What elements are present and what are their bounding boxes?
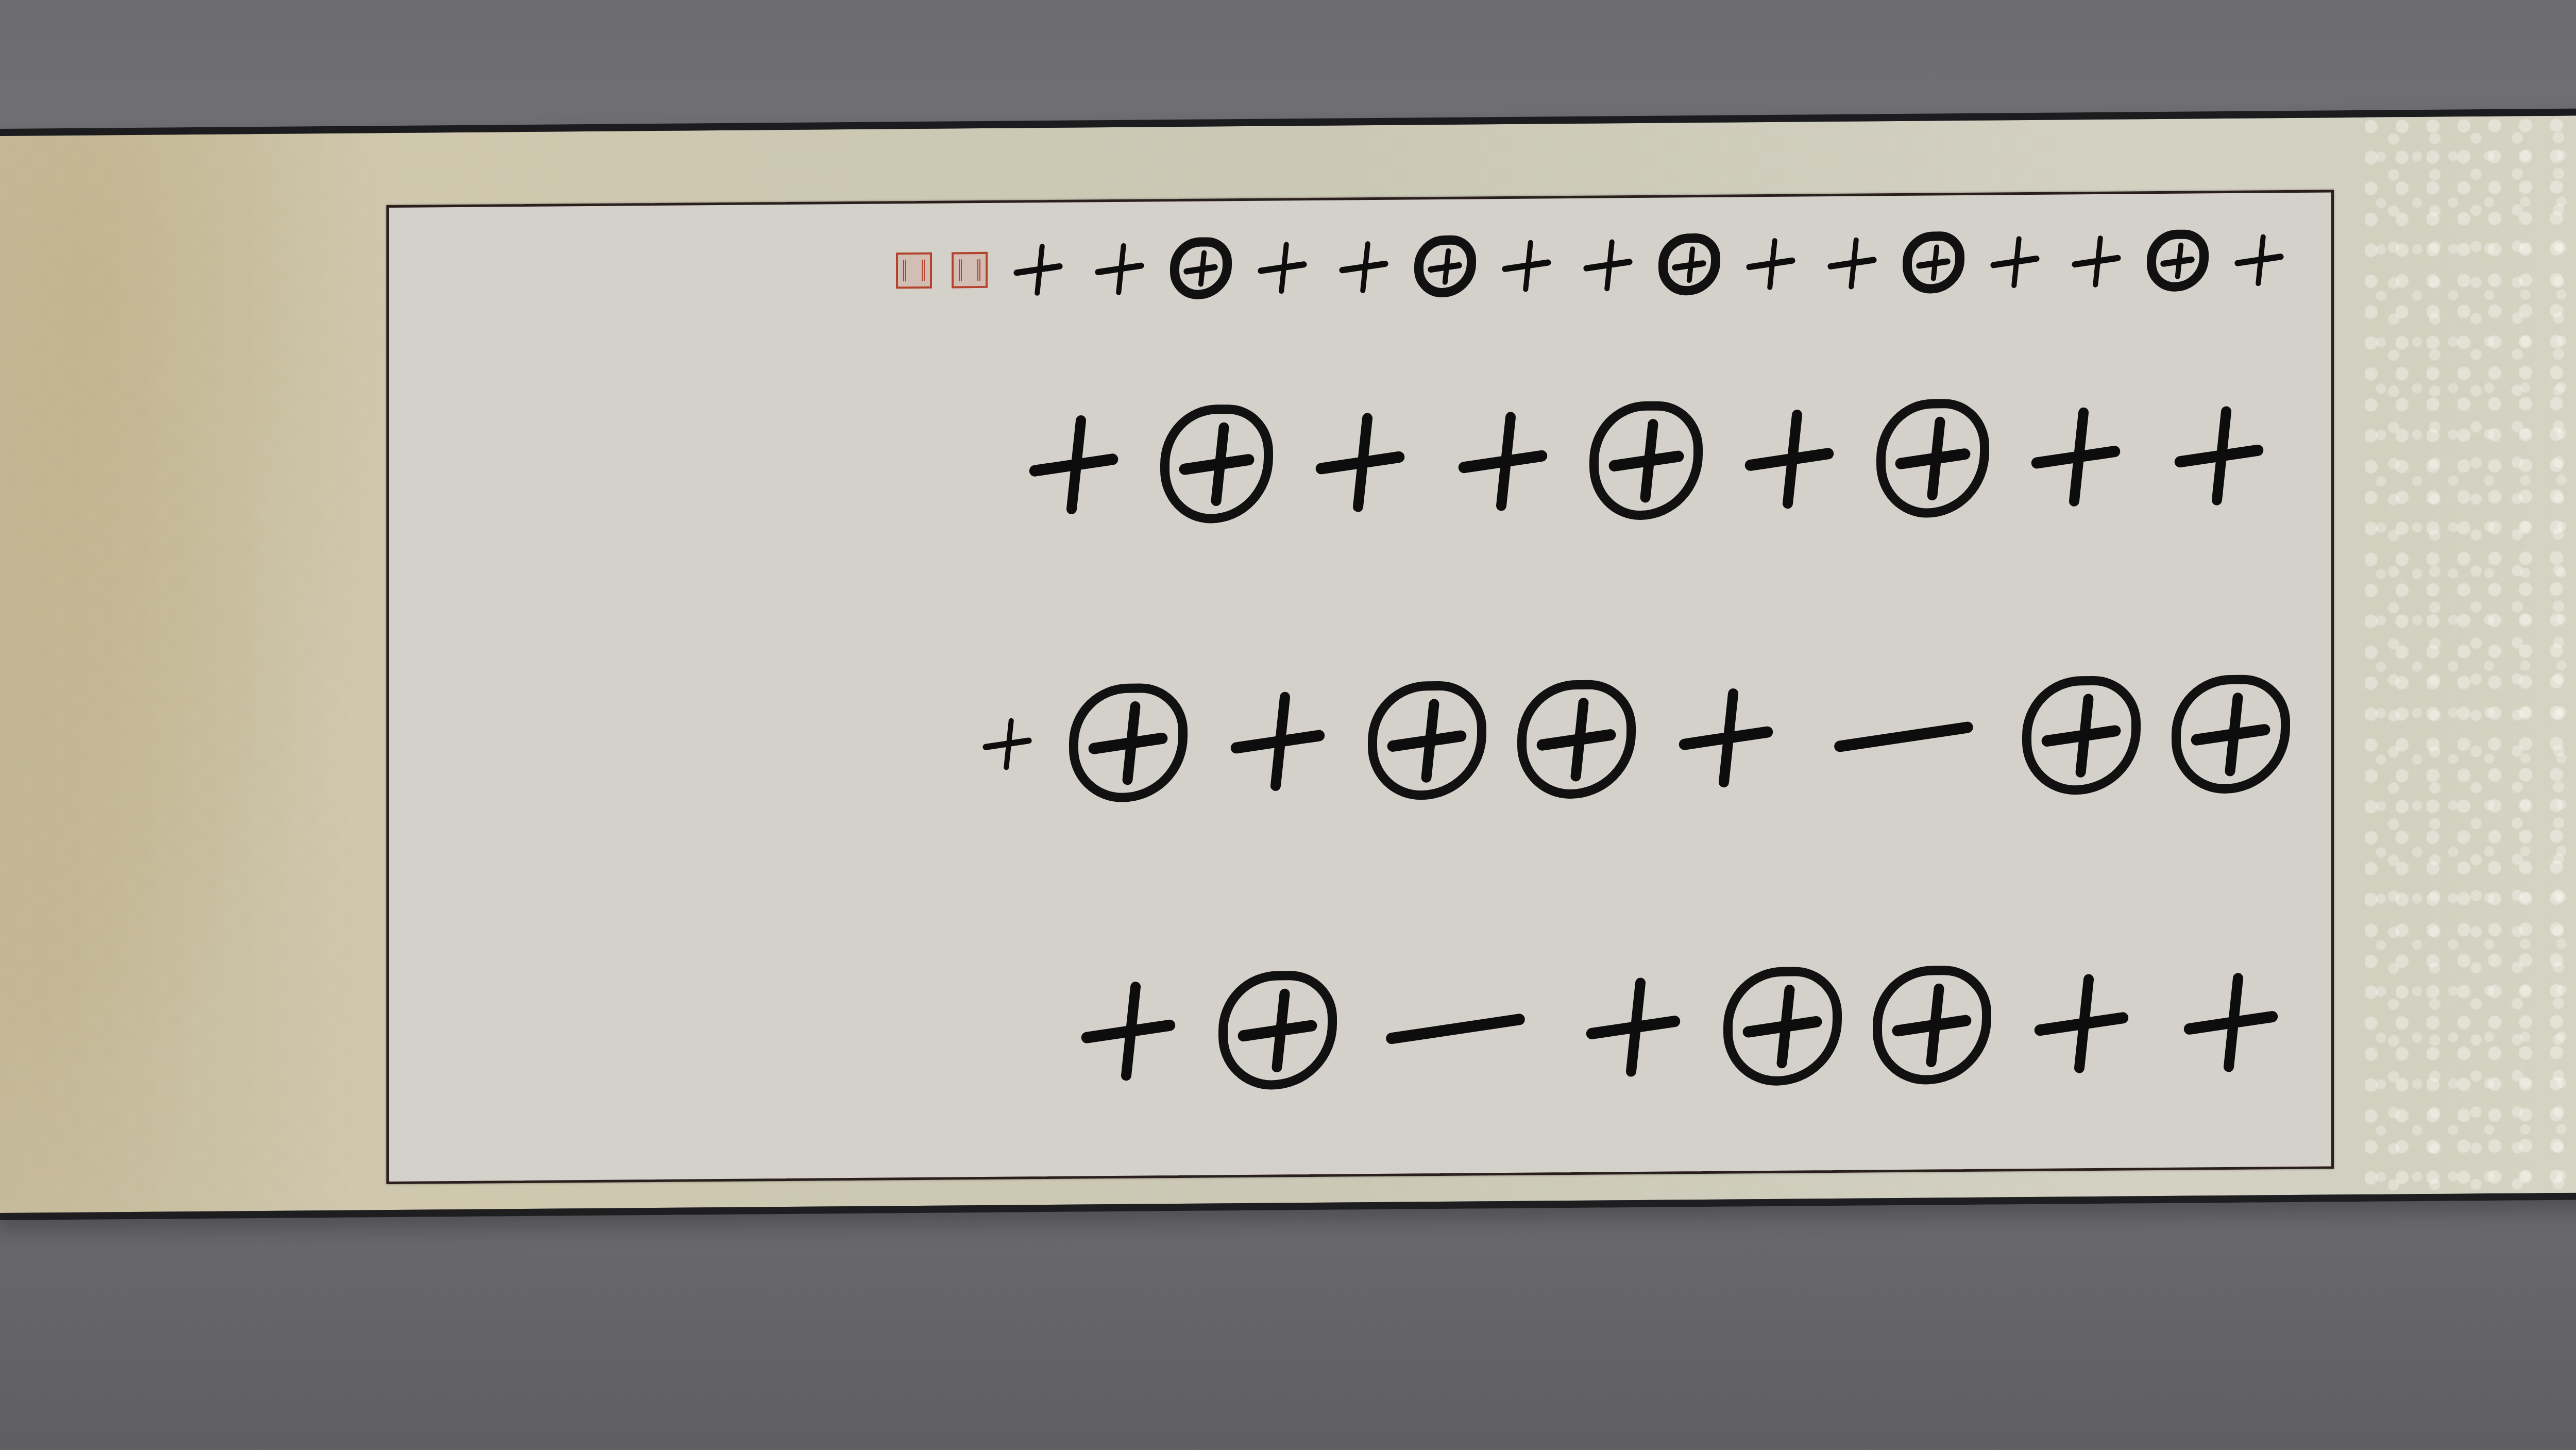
glyph [1170,237,1232,299]
seal-stamp-icon [896,252,932,289]
glyph [1723,967,1842,1086]
glyph [1903,231,1964,294]
glyph [1069,972,1188,1091]
glyph [1414,235,1476,297]
seal-stamp-icon [952,252,988,289]
glyph [1876,399,1989,518]
glyph [1304,403,1416,522]
glyph [1816,677,1991,797]
glyph [1589,401,1702,520]
glyph [1821,232,1883,294]
text-column: [cursive script, not reliably legible] [456,955,2290,1104]
glyph [1658,233,1720,296]
glyph [2228,229,2290,291]
glyph [1018,406,1129,525]
glyph [1333,236,1395,298]
calligraphy-paper: Photograph (rotated 90°) of a Chinese cu… [386,190,2334,1184]
glyph [1984,231,2046,293]
text-column: [cursive script, not reliably legible] [1018,389,2275,532]
scroll-mounting: Photograph (rotated 90°) of a Chinese cu… [0,105,2576,1220]
brocade-border [2365,112,2576,1194]
glyph [1069,683,1188,803]
glyph [1496,234,1557,297]
glyph [2172,963,2290,1083]
glyph [1089,238,1150,300]
glyph [2147,229,2209,292]
glyph [1574,968,1692,1087]
glyph [2163,396,2275,516]
inscription-column: [cursive script, not reliably legible] [456,208,2290,326]
glyph [976,713,1038,775]
glyph [1368,969,1543,1089]
glyph [2065,230,2127,292]
glyph [2022,964,2141,1084]
glyph [1007,239,1069,301]
glyph [1251,237,1313,299]
glyph [2020,397,2132,517]
glyph [2172,675,2290,794]
glyph [1740,232,1802,295]
glyph [1517,680,1636,799]
glyph [1734,400,1845,519]
glyph [2022,676,2141,795]
glyph [1667,679,1785,798]
glyph [1873,966,1991,1085]
glyph [1218,971,1337,1090]
glyph [1447,402,1558,521]
glyph [1160,404,1273,524]
glyph [1368,681,1486,800]
glyph [1577,234,1639,296]
glyph [1218,682,1337,802]
text-column: [cursive script, not reliably legible] [456,667,2290,815]
